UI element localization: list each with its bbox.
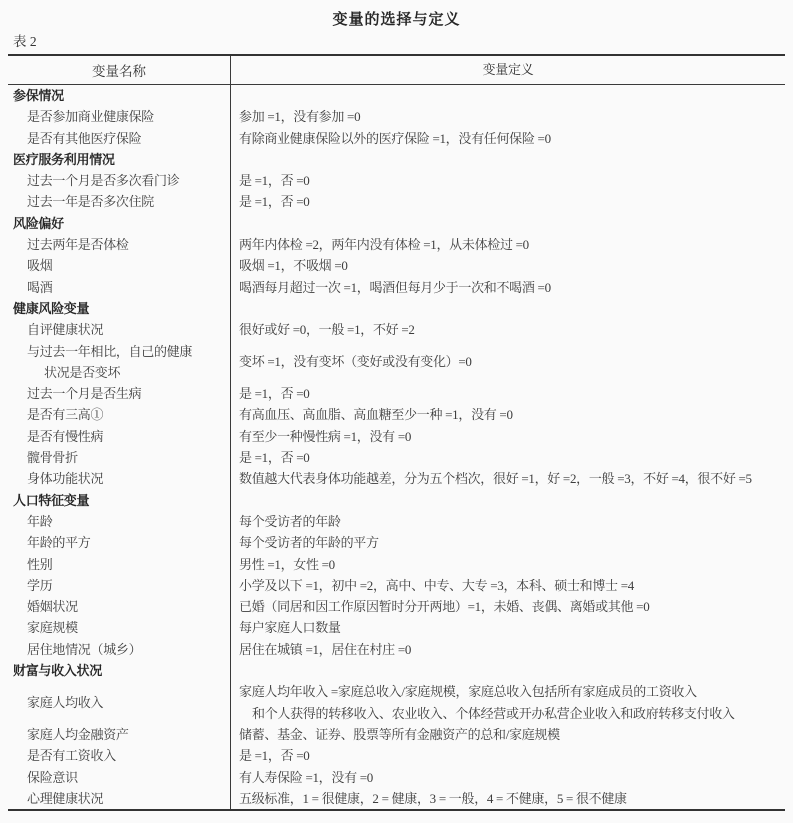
table-row: 过去一个月是否生病 是 =1，否 =0 [8,383,785,404]
variable-name: 学历 [8,575,230,596]
variable-name: 过去一个月是否生病 [8,383,230,404]
table-row: 身体功能状况 数值越大代表身体功能越差，分为五个档次，很好 =1，好 =2，一般… [8,468,785,489]
table-row: 保险意识 有人寿保险 =1，没有 =0 [8,767,785,788]
variable-name: 是否参加商业健康保险 [8,106,230,127]
variable-name: 家庭人均金融资产 [8,724,230,745]
variable-name: 是否有其他医疗保险 [8,128,230,149]
table-row: 喝酒 喝酒每月超过一次 =1，喝酒但每月少于一次和不喝酒 =0 [8,277,785,298]
variable-definition [230,149,785,170]
table-row: 过去一个月是否多次看门诊 是 =1，否 =0 [8,170,785,191]
column-header-name: 变量名称 [8,60,230,80]
variable-definition: 数值越大代表身体功能越差，分为五个档次，很好 =1，好 =2，一般 =3，不好 … [230,468,785,489]
table-row: 心理健康状况 五级标准，1 = 很健康，2 = 健康，3 = 一般，4 = 不健… [8,788,785,809]
variable-definition: 有人寿保险 =1，没有 =0 [230,767,785,788]
variable-definition: 参加 =1，没有参加 =0 [230,106,785,127]
variable-definition: 有高血压、高血脂、高血糖至少一种 =1，没有 =0 [230,404,785,425]
variable-name: 髋骨骨折 [8,447,230,468]
category-name: 财富与收入状况 [8,660,230,681]
variable-name: 家庭规模 [8,617,230,638]
variable-name: 与过去一年相比，自己的健康 状况是否变坏 [8,341,230,384]
variable-definition: 喝酒每月超过一次 =1，喝酒但每月少于一次和不喝酒 =0 [230,277,785,298]
table-row: 是否参加商业健康保险 参加 =1，没有参加 =0 [8,106,785,127]
variable-definition [230,660,785,681]
variables-table: 变量名称 变量定义 参保情况 是否参加商业健康保险 参加 =1，没有参加 =0 … [8,54,785,811]
table-row: 学历 小学及以下 =1，初中 =2，高中、中专、大专 =3，本科、硕士和博士 =… [8,575,785,596]
table-row: 婚姻状况 已婚（同居和因工作原因暂时分开两地）=1，未婚、丧偶、离婚或其他 =0 [8,596,785,617]
table-label: 表 2 [13,34,793,50]
variable-definition: 小学及以下 =1，初中 =2，高中、中专、大专 =3，本科、硕士和博士 =4 [230,575,785,596]
variable-definition: 是 =1，否 =0 [230,383,785,404]
table-row: 医疗服务利用情况 [8,149,785,170]
table-row: 是否有工资收入 是 =1，否 =0 [8,745,785,766]
variable-name: 自评健康状况 [8,319,230,340]
variable-name: 过去一年是否多次住院 [8,191,230,212]
table-row: 髋骨骨折 是 =1，否 =0 [8,447,785,468]
variable-definition [230,490,785,511]
table-row: 风险偏好 [8,213,785,234]
variable-definition: 每个受访者的年龄 [230,511,785,532]
table-row: 是否有其他医疗保险 有除商业健康保险以外的医疗保险 =1，没有任何保险 =0 [8,128,785,149]
variable-definition [230,85,785,106]
header-row: 变量名称 变量定义 [8,56,785,85]
category-name: 健康风险变量 [8,298,230,319]
variable-definition: 是 =1，否 =0 [230,745,785,766]
variable-definition [230,298,785,319]
variable-definition [230,213,785,234]
category-name: 医疗服务利用情况 [8,149,230,170]
page-title: 变量的选择与定义 [0,0,793,27]
variable-definition: 每户家庭人口数量 [230,617,785,638]
variable-name: 性别 [8,554,230,575]
table-row: 是否有慢性病 有至少一种慢性病 =1，没有 =0 [8,426,785,447]
variable-definition: 有除商业健康保险以外的医疗保险 =1，没有任何保险 =0 [230,128,785,149]
variable-definition: 两年内体检 =2，两年内没有体检 =1，从未体检过 =0 [230,234,785,255]
variable-name: 过去两年是否体检 [8,234,230,255]
table-row: 家庭人均金融资产 储蓄、基金、证券、股票等所有金融资产的总和/家庭规模 [8,724,785,745]
variable-definition: 很好或好 =0，一般 =1，不好 =2 [230,319,785,340]
variable-name: 是否有工资收入 [8,745,230,766]
table-row: 财富与收入状况 [8,660,785,681]
variable-name: 年龄的平方 [8,532,230,553]
table-row: 过去一年是否多次住院 是 =1，否 =0 [8,191,785,212]
variable-definition: 每个受访者的年龄的平方 [230,532,785,553]
table-row: 家庭人均收入 家庭人均年收入 =家庭总收入/家庭规模，家庭总收入包括所有家庭成员… [8,681,785,724]
variable-name: 家庭人均收入 [8,692,230,713]
table-row: 年龄的平方 每个受访者的年龄的平方 [8,532,785,553]
category-name: 人口特征变量 [8,490,230,511]
table-row: 居住地情况（城乡） 居住在城镇 =1，居住在村庄 =0 [8,639,785,660]
variable-name: 吸烟 [8,255,230,276]
variable-name: 过去一个月是否多次看门诊 [8,170,230,191]
table-row: 与过去一年相比，自己的健康 状况是否变坏 变坏 =1，没有变坏（变好或没有变化）… [8,341,785,384]
variable-definition: 五级标准，1 = 很健康，2 = 健康，3 = 一般，4 = 不健康，5 = 很… [230,788,785,809]
variable-name: 是否有三高① [8,404,230,425]
table-row: 家庭规模 每户家庭人口数量 [8,617,785,638]
table-row: 自评健康状况 很好或好 =0，一般 =1，不好 =2 [8,319,785,340]
category-name: 参保情况 [8,85,230,106]
variable-definition: 男性 =1，女性 =0 [230,554,785,575]
variable-definition: 家庭人均年收入 =家庭总收入/家庭规模，家庭总收入包括所有家庭成员的工资收入 和… [230,681,785,724]
variable-definition: 居住在城镇 =1，居住在村庄 =0 [230,639,785,660]
table-row: 是否有三高① 有高血压、高血脂、高血糖至少一种 =1，没有 =0 [8,404,785,425]
variable-definition: 已婚（同居和因工作原因暂时分开两地）=1，未婚、丧偶、离婚或其他 =0 [230,596,785,617]
variable-definition: 有至少一种慢性病 =1，没有 =0 [230,426,785,447]
table-row: 健康风险变量 [8,298,785,319]
variable-name: 是否有慢性病 [8,426,230,447]
table-row: 性别 男性 =1，女性 =0 [8,554,785,575]
table-row: 过去两年是否体检 两年内体检 =2，两年内没有体检 =1，从未体检过 =0 [8,234,785,255]
table-row: 参保情况 [8,85,785,106]
variable-name: 婚姻状况 [8,596,230,617]
variable-name: 身体功能状况 [8,468,230,489]
table-row: 年龄 每个受访者的年龄 [8,511,785,532]
category-name: 风险偏好 [8,213,230,234]
variable-definition: 变坏 =1，没有变坏（变好或没有变化）=0 [230,341,785,384]
variable-definition: 吸烟 =1，不吸烟 =0 [230,255,785,276]
variable-name: 居住地情况（城乡） [8,639,230,660]
variable-definition: 是 =1，否 =0 [230,191,785,212]
table-row: 人口特征变量 [8,490,785,511]
variable-name: 喝酒 [8,277,230,298]
variable-definition: 储蓄、基金、证券、股票等所有金融资产的总和/家庭规模 [230,724,785,745]
variable-definition: 是 =1，否 =0 [230,447,785,468]
variable-name: 保险意识 [8,767,230,788]
column-header-definition: 变量定义 [230,56,785,84]
variable-name: 年龄 [8,511,230,532]
variable-name: 心理健康状况 [8,788,230,809]
table-row: 吸烟 吸烟 =1，不吸烟 =0 [8,255,785,276]
variable-definition: 是 =1，否 =0 [230,170,785,191]
